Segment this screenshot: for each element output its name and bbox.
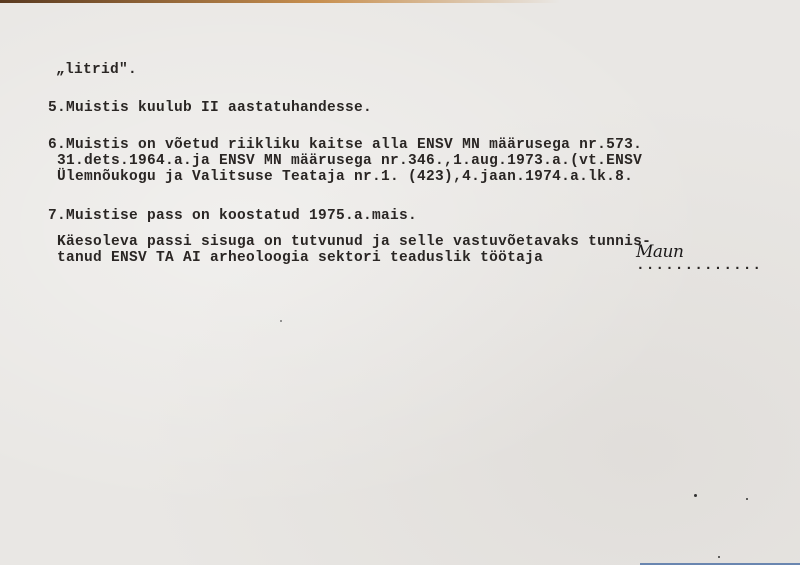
line-litrid: „litrid". <box>56 62 137 78</box>
statement-line-1: Käesoleva passi sisuga on tutvunud ja se… <box>48 234 651 250</box>
dust-speck <box>280 320 282 322</box>
dust-speck <box>718 556 720 558</box>
signature-line: ............. <box>636 258 762 274</box>
item-6-line-2: 31.dets.1964.a.ja ENSV MN määrusega nr.3… <box>48 153 642 169</box>
item-6-line-3: Ülemnõukogu ja Valitsuse Teataja nr.1. (… <box>48 169 633 185</box>
document-page: „litrid". 5.Muistis kuulub II aastatuhan… <box>0 0 800 565</box>
item-7: 7.Muistise pass on koostatud 1975.a.mais… <box>48 208 417 224</box>
item-6-line-1: 6.Muistis on võetud riikliku kaitse alla… <box>48 137 642 153</box>
item-5: 5.Muistis kuulub II aastatuhandesse. <box>48 100 372 116</box>
dust-speck <box>746 498 748 500</box>
dust-speck <box>694 494 697 497</box>
statement-line-2: tanud ENSV TA AI arheoloogia sektori tea… <box>48 250 543 266</box>
